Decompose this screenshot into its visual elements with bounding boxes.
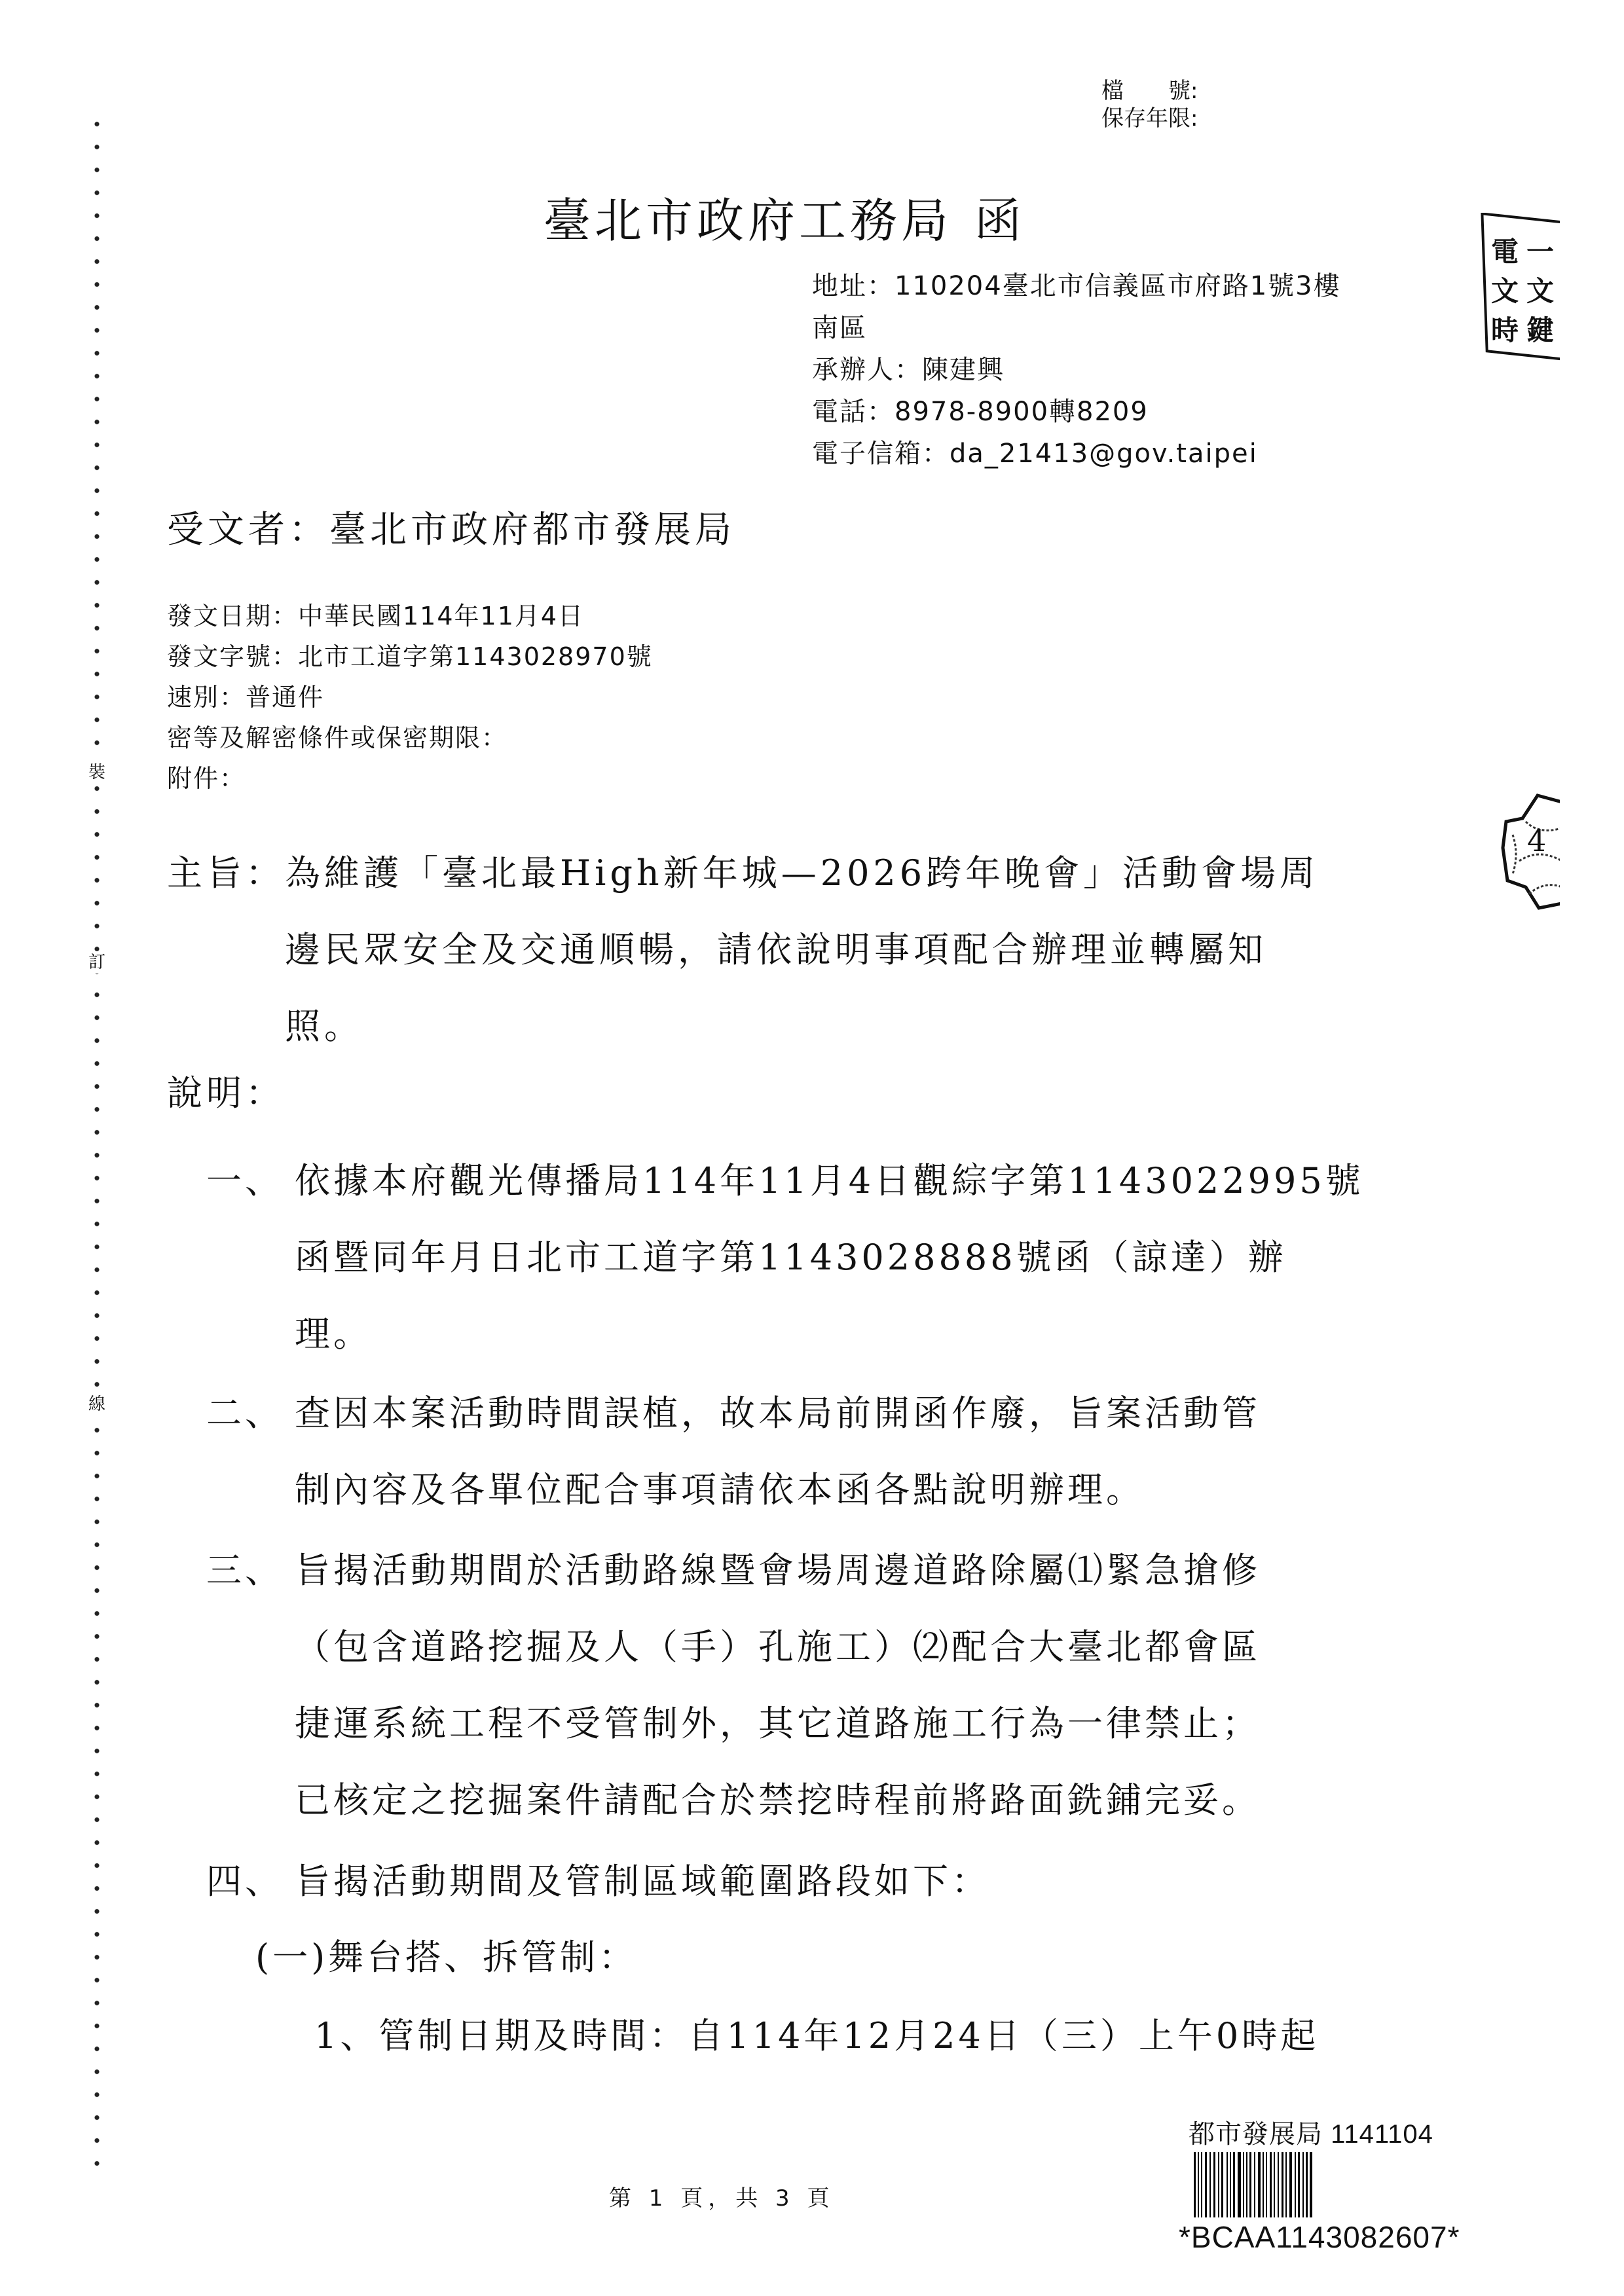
document-number: 發文字號：北市工道字第1143028970號	[167, 636, 653, 677]
item-number: 四、	[206, 1843, 284, 1920]
e-document-stamp: 電 一 文 文 時 鍵	[1477, 213, 1560, 367]
handler: 承辦人：陳建興	[812, 349, 1341, 391]
barcode-icon	[1194, 2152, 1313, 2217]
item-line: 旨揭活動期間於活動路線暨會場周邊道路除屬⑴緊急搶修	[295, 1532, 1424, 1609]
security-level: 密等及解密條件或保密期限：	[167, 718, 653, 758]
stamp-char: 文	[1526, 272, 1560, 311]
binding-dotted-line	[92, 113, 102, 2168]
explanation-label: 說明：	[167, 1067, 285, 1120]
barcode	[1194, 2152, 1313, 2217]
phone: 電話：8978-8900轉8209	[812, 391, 1341, 433]
contact-block: 地址：110204臺北市信義區市府路1號3樓 南區 承辦人：陳建興 電話：897…	[812, 265, 1341, 475]
file-number-label: 檔 號:	[1101, 77, 1198, 105]
binding-mark-zhuang: 裝	[86, 761, 108, 784]
address: 地址：110204臺北市信義區市府路1號3樓	[812, 265, 1341, 307]
item-line: 依據本府觀光傳播局114年11月4日觀綜字第1143022995號	[295, 1142, 1424, 1219]
sub-heading-stage-control: (一)舞台搭、拆管制：	[255, 1931, 637, 1984]
document-meta: 發文日期：中華民國114年11月4日 發文字號：北市工道字第1143028970…	[167, 596, 653, 799]
receiver-stamp-label: 都市發展局 1141104	[1189, 2113, 1433, 2151]
explanation-item-3: 三、 旨揭活動期間於活動路線暨會場周邊道路除屬⑴緊急搶修 （包含道路挖掘及人（手…	[206, 1532, 1424, 1838]
item-number: 三、	[206, 1532, 284, 1609]
subject-line: 為維護「臺北最High新年城—2026跨年晚會」活動會場周	[285, 835, 1411, 911]
item-line: 函暨同年月日北市工道字第1143028888號函（諒達）辦	[295, 1219, 1424, 1296]
stamp-char: 時	[1491, 311, 1526, 350]
item-line: 制內容及各單位配合事項請依本函各點說明辦理。	[295, 1451, 1424, 1528]
seal-number: 4	[1527, 823, 1546, 858]
explanation-item-2: 二、 查因本案活動時間誤植，故本局前開函作廢，旨案活動管 制內容及各單位配合事項…	[206, 1375, 1424, 1528]
explanation-item-1: 一、 依據本府觀光傳播局114年11月4日觀綜字第1143022995號 函暨同…	[206, 1142, 1424, 1372]
explanation-item-4: 四、 旨揭活動期間及管制區域範圍路段如下：	[206, 1843, 1424, 1920]
address-continued: 南區	[812, 307, 1341, 349]
item-line: （包含道路挖掘及人（手）孔施工）⑵配合大臺北都會區	[295, 1609, 1424, 1685]
item-line: 捷運系統工程不受管制外，其它道路施工行為一律禁止；	[295, 1685, 1424, 1762]
issue-date: 發文日期：中華民國114年11月4日	[167, 596, 653, 636]
stamp-char: 文	[1491, 272, 1526, 311]
item-number: 二、	[206, 1375, 284, 1451]
stamp-char: 鍵	[1526, 311, 1560, 350]
subject-line: 邊民眾安全及交通順暢，請依說明事項配合辦理並轉屬知	[285, 911, 1411, 988]
page-indicator: 第 1 頁，共 3 頁	[609, 2180, 835, 2212]
subject-section: 主旨： 為維護「臺北最High新年城—2026跨年晚會」活動會場周 邊民眾安全及…	[167, 835, 1411, 1065]
item-line: 查因本案活動時間誤植，故本局前開函作廢，旨案活動管	[295, 1375, 1424, 1451]
item-line: 旨揭活動期間及管制區域範圍路段如下：	[295, 1843, 1424, 1920]
archive-fields: 檔 號: 保存年限:	[1101, 77, 1198, 132]
retention-label: 保存年限:	[1101, 105, 1198, 132]
binding-mark-ding: 訂	[86, 951, 108, 974]
subject-label: 主旨：	[167, 835, 285, 911]
binding-mark-xian: 線	[86, 1393, 108, 1415]
attachments: 附件：	[167, 758, 653, 799]
item-number: 一、	[206, 1142, 284, 1219]
document-title: 臺北市政府工務局函	[544, 191, 1025, 250]
item-line: 已核定之挖掘案件請配合於禁挖時程前將路面銑鋪完妥。	[295, 1762, 1424, 1838]
subject-line: 照。	[285, 988, 1411, 1065]
stamp-char: 電	[1491, 232, 1526, 272]
recipient: 受文者：臺北市政府都市發展局	[167, 507, 735, 553]
document-type: 函	[974, 193, 1025, 248]
speed-class: 速別：普通件	[167, 677, 653, 718]
item-line: 理。	[295, 1296, 1424, 1372]
stamp-char: 一	[1526, 232, 1560, 272]
control-date-time: 1、管制日期及時間：自114年12月24日（三）上午0時起	[314, 2010, 1319, 2062]
email: 電子信箱：da_21413@gov.taipei	[812, 433, 1341, 475]
barcode-number: *BCAA1143082607*	[1179, 2219, 1460, 2255]
agency-name: 臺北市政府工務局	[544, 193, 952, 248]
seam-seal-stamp: 4	[1500, 782, 1560, 913]
